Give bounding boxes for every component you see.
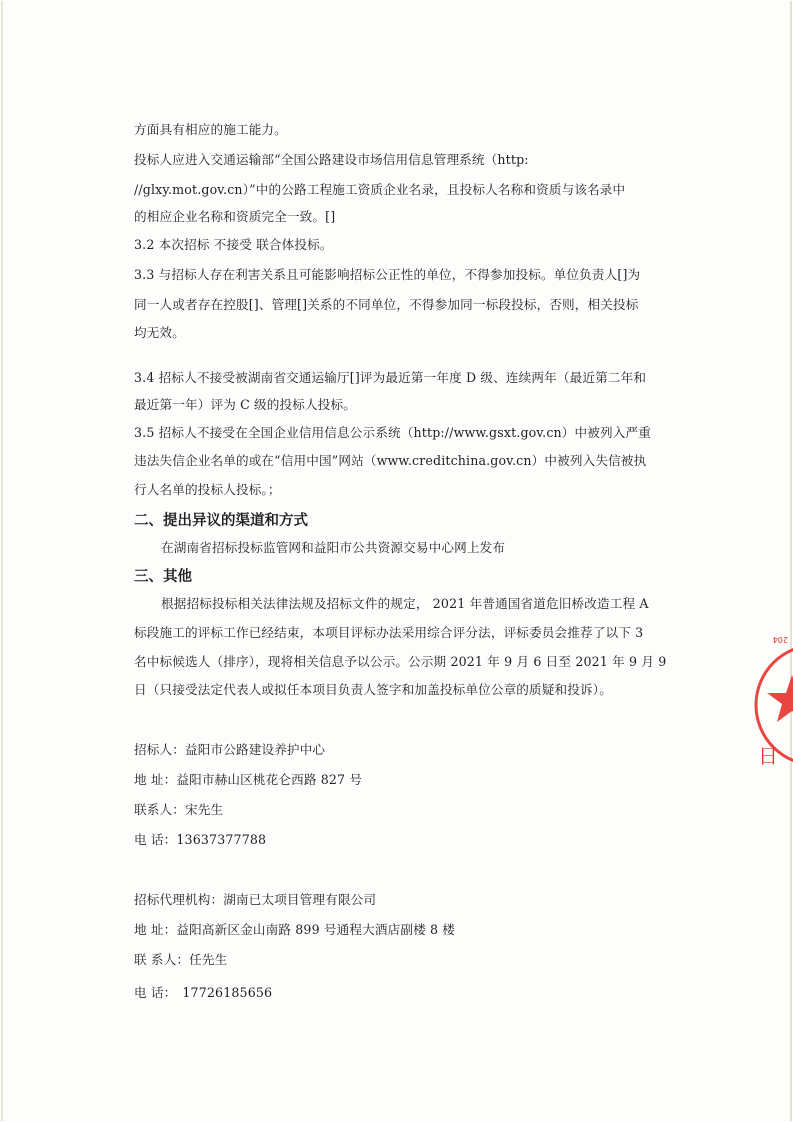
official-seal-icon: 204 日 — [752, 625, 793, 785]
page-border — [1, 1, 792, 1121]
svg-text:204: 204 — [773, 635, 788, 644]
paragraph-line: 最近第一年）评为 C 级的投标人投标。 — [134, 397, 356, 413]
agency-phone: 电 话：17726185656 — [134, 985, 272, 1001]
clause-3-2: 3.2 本次招标 不接受 联合体投标。 — [134, 237, 333, 253]
paragraph-line: 行人名单的投标人投标。； — [134, 482, 281, 498]
tenderer-address: 地 址：益阳市赫山区桃花仑西路 827 号 — [134, 772, 362, 788]
clause-3-4: 3.4 招标人不接受被湖南省交通运输厅[]评为最近第一年度 D 级、连续两年（最… — [134, 370, 646, 386]
agency-contact: 联 系人：任先生 — [134, 952, 227, 968]
section-2-heading: 二、提出异议的渠道和方式 — [134, 512, 308, 530]
paragraph-line: 违法失信企业名单的或在“信用中国”网站（www.creditchina.gov.… — [134, 453, 646, 469]
paragraph-line: 的相应企业名称和资质完全一致。[] — [134, 209, 335, 225]
paragraph-line: 投标人应进入交通运输部“全国公路建设市场信用信息管理系统（http: — [134, 152, 529, 168]
section-3-line: 根据招标投标相关法律法规及招标文件的规定， 2021 年普通国省道危旧桥改造工程… — [161, 596, 649, 612]
paragraph-line: //glxy.mot.gov.cn）”中的公路工程施工资质企业名录，且投标人名称… — [134, 182, 625, 198]
agency-name: 招标代理机构：湖南已太项目管理有限公司 — [134, 892, 376, 908]
clause-3-5: 3.5 招标人不接受在全国企业信用信息公示系统（http://www.gsxt.… — [134, 425, 651, 441]
section-3-line: 日（只接受法定代表人或拟任本项目负责人签字和加盖投标单位公章的质疑和投诉）。 — [134, 682, 612, 698]
section-3-line: 标段施工的评标工作已经结束，本项目评标办法采用综合评分法，评标委员会推荐了以下 … — [134, 625, 643, 641]
paragraph-line: 方面具有相应的施工能力。 — [134, 122, 287, 138]
section-2-text: 在湖南省招标投标监管网和益阳市公共资源交易中心网上发布 — [161, 540, 505, 556]
paragraph-line: 同一人或者存在控股[]、管理[]关系的不同单位，不得参加同一标段投标，否则，相关… — [134, 297, 639, 313]
clause-3-3: 3.3 与招标人存在利害关系且可能影响招标公正性的单位，不得参加投标。单位负责人… — [134, 267, 640, 283]
section-3-heading: 三、其他 — [134, 568, 192, 586]
paragraph-line: 均无效。 — [134, 325, 185, 341]
tenderer-phone: 电 话：13637377788 — [134, 832, 266, 848]
section-3-line: 名中标候选人（排序），现将相关信息予以公示。公示期 2021 年 9 月 6 日… — [134, 654, 666, 670]
agency-address: 地 址：益阳高新区金山南路 899 号通程大酒店副楼 8 楼 — [134, 922, 455, 938]
svg-text:日: 日 — [758, 744, 778, 768]
tenderer-contact: 联系人：宋先生 — [134, 802, 223, 818]
tenderer-name: 招标人：益阳市公路建设养护中心 — [134, 742, 325, 758]
